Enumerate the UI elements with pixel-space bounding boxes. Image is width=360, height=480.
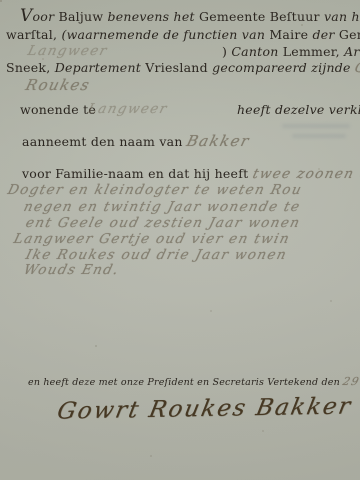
handwritten-surname: Bakker <box>185 132 252 150</box>
handwritten-municipality: Langweer <box>26 43 110 59</box>
ink-showthrough-smudge <box>282 124 354 144</box>
printed-line-4: Sneek, Departement Vriesland gecompareer… <box>6 60 360 76</box>
printed-line-6a: wonende te <box>20 102 96 117</box>
printed-line-8: voor Familie-naam en dat hij heeft twee … <box>22 166 360 182</box>
handwritten-children-7: Wouds End. <box>22 262 121 278</box>
handwritten-children-5: Langweer Gertje oud vier en twin <box>12 231 292 247</box>
printed-line-6b: heeft dezelve verklaart <box>237 102 360 117</box>
printed-line-1: Voor Baljuw benevens het Gemeente Beſtuu… <box>20 8 360 25</box>
handwritten-residence: Langweer <box>86 101 170 117</box>
handwritten-date-day: 29 <box>342 375 360 388</box>
signature: Gowrt Roukes Bakker <box>55 393 354 424</box>
initial-letter: V <box>20 6 33 26</box>
handwritten-children-6: Ike Roukes oud drie Jaar wonen <box>24 247 289 263</box>
printed-closing-line: en heeft deze met onze Preſident en Secr… <box>28 375 360 388</box>
handwritten-patronym: Roukes <box>24 76 93 94</box>
handwritten-children-4: ent Geele oud zestien Jaar wonen <box>24 215 302 231</box>
handwritten-children-2: Dogter en kleindogter te weten Rou <box>6 182 304 198</box>
printed-line-3: ) Canton Lemmer, Arre <box>222 44 360 59</box>
handwritten-children-3: negen en twintig Jaar wonende te <box>22 199 302 215</box>
document-scan-page: Voor Baljuw benevens het Gemeente Beſtuu… <box>0 0 360 480</box>
printed-line-7: aanneemt den naam van Bakker <box>22 132 250 150</box>
printed-line-2: warſtal, (waarnemende de functien van Ma… <box>6 27 360 42</box>
handwritten-children-1: twee zoonen en <box>251 166 360 182</box>
